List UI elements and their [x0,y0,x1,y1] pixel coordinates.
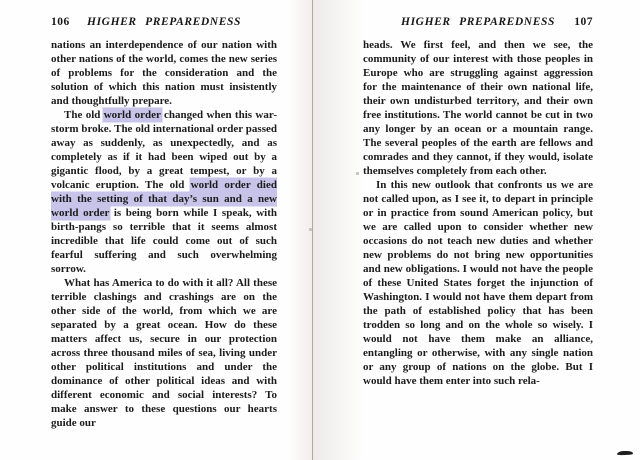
paragraph: The old world order changed when this wa… [51,108,277,276]
paragraph: In this new outlook that confronts us we… [363,178,593,388]
highlighted-text: world order [104,109,161,121]
scan-speck [356,172,359,175]
book-spread: 106 HIGHER PREPAREDNESS HIGHER PREPAREDN… [0,0,640,460]
ink-smudge-mark [617,451,633,456]
text-segment: The old [64,109,104,121]
scan-speck [309,228,312,231]
right-page-body: heads. We first feel, and then we see, t… [363,38,593,388]
right-page-number: 107 [574,14,593,30]
paragraph: What has America to do with it all? All … [51,276,277,430]
text-segment: nations an interdependence of our nation… [51,39,277,107]
text-segment: What has America to do with it all? All … [51,277,277,429]
gutter-divider [312,0,313,460]
paragraph: nations an interdependence of our nation… [51,38,277,108]
left-page-number: 106 [51,14,70,30]
left-running-title: HIGHER PREPAREDNESS [51,14,277,30]
right-running-title: HIGHER PREPAREDNESS [363,14,593,30]
paragraph: heads. We first feel, and then we see, t… [363,38,593,178]
left-page-header: 106 HIGHER PREPAREDNESS [51,14,277,30]
text-segment: heads. We first feel, and then we see, t… [363,39,593,177]
text-segment: In this new outlook that confronts us we… [363,179,593,387]
gutter-shadow-right [313,0,363,460]
left-page-body: nations an interdependence of our nation… [51,38,277,430]
right-page-header: HIGHER PREPAREDNESS 107 [363,14,593,30]
